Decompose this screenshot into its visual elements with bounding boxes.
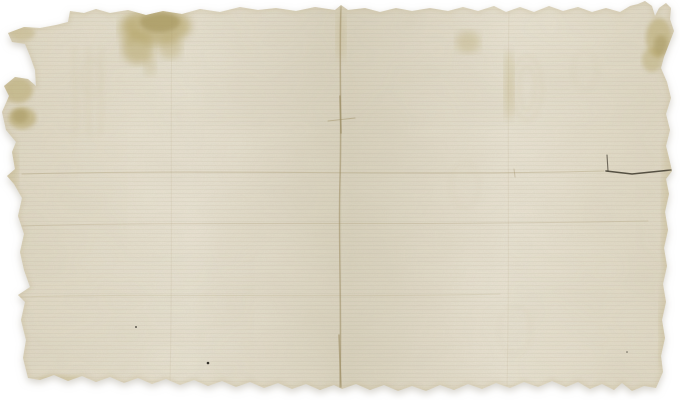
stain-top-left-tail — [144, 56, 156, 76]
stain-top-middle — [456, 31, 480, 53]
photo-canvas — [0, 0, 680, 400]
paper-sheet — [0, 0, 680, 400]
aged-paper-photo — [0, 0, 680, 400]
stain-quarter-fold-streak — [504, 50, 514, 120]
ink-speck — [207, 362, 210, 365]
stain-top-left-edge — [118, 16, 138, 44]
fold-crease-vertical-dark-segment — [340, 96, 341, 133]
ink-speck — [135, 326, 137, 328]
stain-left-edge-core — [12, 109, 28, 123]
stain-top-left-drip — [158, 35, 182, 59]
ink-speck — [626, 351, 628, 353]
